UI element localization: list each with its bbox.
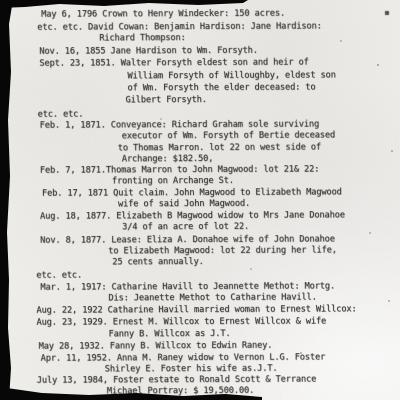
scan-dust-specks xyxy=(0,0,2,2)
scan-noise-texture xyxy=(0,0,400,400)
scanned-page: May 6, 1796 Crown to Henry Windecker: 15… xyxy=(0,0,400,400)
